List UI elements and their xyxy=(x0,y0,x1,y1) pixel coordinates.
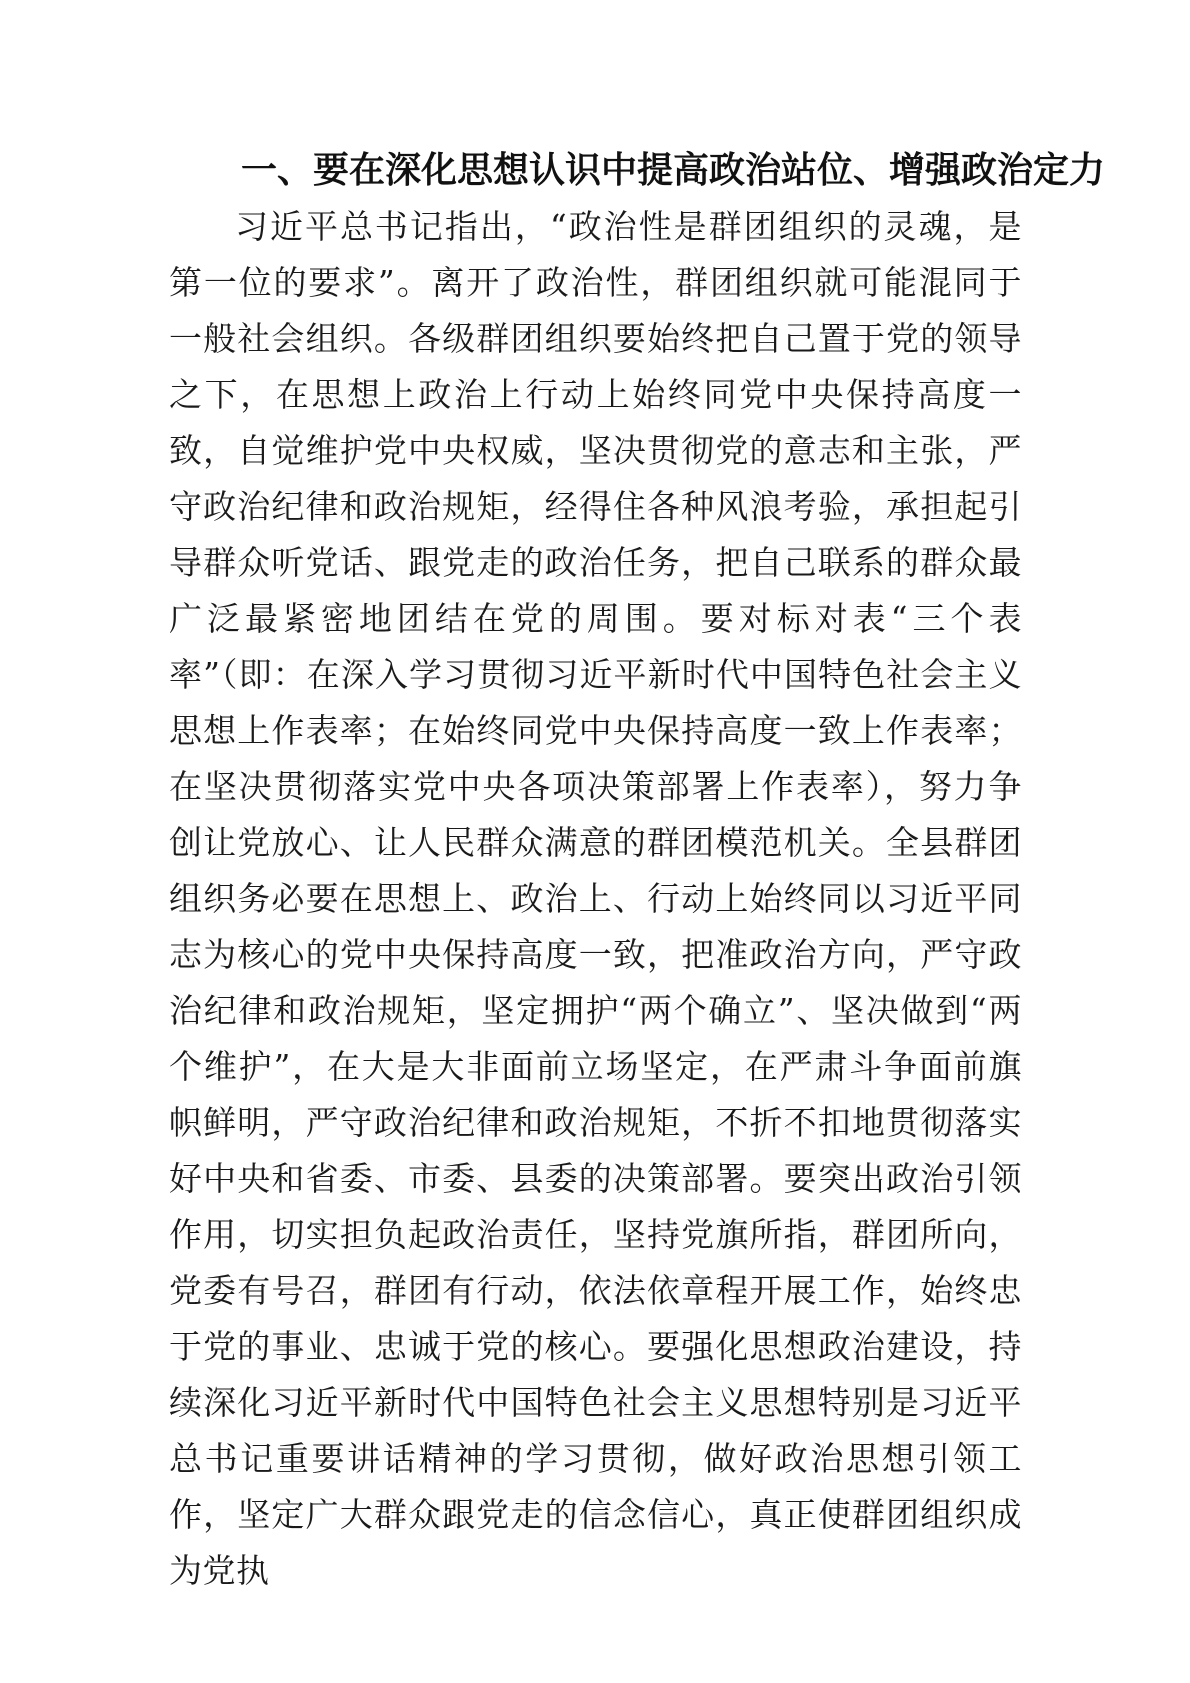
body-paragraph: 习近平总书记指出，“政治性是群团组织的灵魂，是第一位的要求”。离开了政治性，群团… xyxy=(169,199,1022,1599)
document-content: 一、要在深化思想认识中提高政治站位、增强政治定力 习近平总书记指出，“政治性是群… xyxy=(169,143,1022,1599)
document-page: 一、要在深化思想认识中提高政治站位、增强政治定力 习近平总书记指出，“政治性是群… xyxy=(0,0,1190,1683)
section-heading: 一、要在深化思想认识中提高政治站位、增强政治定力 xyxy=(169,143,1022,199)
